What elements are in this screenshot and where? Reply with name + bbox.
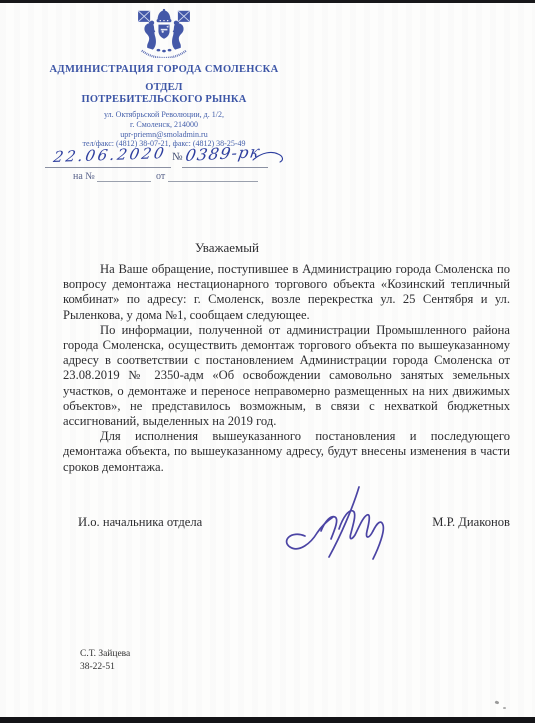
address-line-1: ул. Октябрьской Революции, д. 1/2,: [40, 110, 288, 120]
org-name: АДМИНИСТРАЦИЯ ГОРОДА СМОЛЕНСКА: [40, 64, 288, 75]
number-underline: [182, 167, 268, 168]
signoff-name: М.Р. Диаконов: [432, 515, 510, 530]
number-sign: №: [172, 151, 183, 163]
scan-border-bottom: [0, 717, 535, 723]
body-paragraph-2: По информации, полученной от администрац…: [63, 323, 510, 429]
handwritten-number: 0389-рк: [184, 142, 262, 165]
reply-line-1: [97, 181, 151, 182]
scan-border-top: [0, 0, 535, 3]
date-underline: [45, 167, 171, 168]
executor-name: С.Т. Зайцева: [80, 648, 130, 661]
reply-label-na: на №: [73, 171, 95, 182]
letterhead: АДМИНИСТРАЦИЯ ГОРОДА СМОЛЕНСКА ОТДЕЛ ПОТ…: [40, 8, 288, 149]
reply-label-ot: от: [156, 171, 165, 182]
dept-name-line1: ОТДЕЛ: [40, 82, 288, 94]
salutation: Уважаемый: [195, 240, 259, 256]
signoff-position: И.о. начальника отдела: [78, 515, 202, 530]
letter-body: На Ваше обращение, поступившее в Админис…: [63, 262, 510, 475]
scanned-letter-page: АДМИНИСТРАЦИЯ ГОРОДА СМОЛЕНСКА ОТДЕЛ ПОТ…: [0, 0, 535, 723]
ink-flourish: [252, 150, 286, 164]
scan-speck: [503, 707, 506, 709]
executor-phone: 38-22-51: [80, 661, 130, 674]
executor-block: С.Т. Зайцева 38-22-51: [80, 648, 130, 673]
body-paragraph-1: На Ваше обращение, поступившее в Админис…: [63, 262, 510, 323]
reply-line-2: [168, 181, 258, 182]
scan-speck: [495, 700, 500, 704]
body-paragraph-3: Для исполнения вышеуказанного постановле…: [63, 429, 510, 475]
address-line-2: г. Смоленск, 214000: [40, 120, 288, 130]
address-line-3: upr-priemn@smoladmin.ru: [40, 130, 288, 140]
dept-name-line2: ПОТРЕБИТЕЛЬСКОГО РЫНКА: [40, 94, 288, 106]
smolensk-coat-of-arms-icon: [136, 8, 192, 58]
handwritten-date: 22.06.2020: [52, 144, 168, 166]
handwritten-signature-icon: [281, 483, 407, 561]
